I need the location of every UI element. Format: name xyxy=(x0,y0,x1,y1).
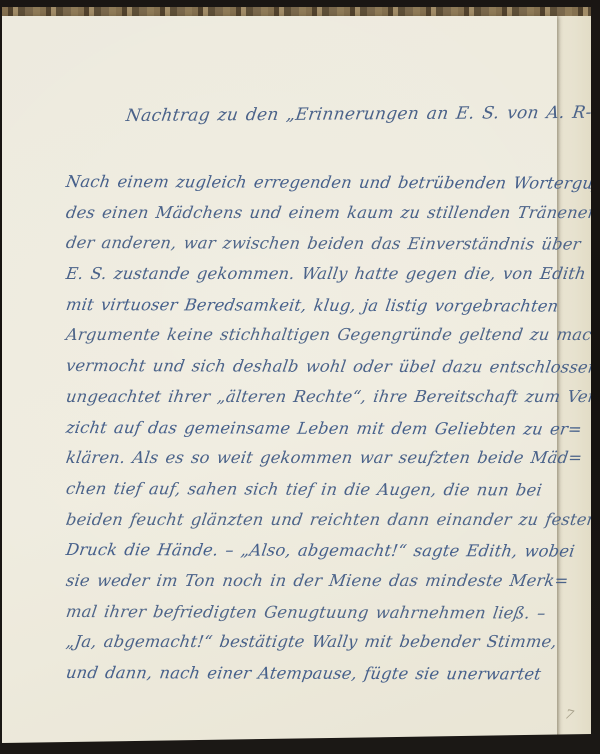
manuscript-line: E. S. zustande gekommen. Wally hatte geg… xyxy=(64,259,600,290)
manuscript-line: „Ja, abgemacht!“ bestätigte Wally mit be… xyxy=(64,627,600,658)
manuscript-line: sie weder im Ton noch in der Miene das m… xyxy=(64,566,600,597)
manuscript-line: chen tief auf, sahen sich tief in die Au… xyxy=(64,474,600,506)
manuscript-line: mal ihrer befriedigten Genugtuung wahrne… xyxy=(64,597,600,629)
manuscript-page: Nachtrag zu den „Erinnerungen an E. S. v… xyxy=(2,16,557,748)
manuscript-line: klären. Als es so weit gekommen war seuf… xyxy=(64,443,600,474)
manuscript-line: beiden feucht glänzten und reichten dann… xyxy=(64,505,600,536)
manuscript-body: Nach einem zugleich erregenden und betrü… xyxy=(66,167,600,689)
manuscript-line: Nach einem zugleich erregenden und betrü… xyxy=(64,167,600,199)
manuscript-line: zicht auf das gemeinsame Leben mit dem G… xyxy=(64,413,600,445)
manuscript-line: mit virtuoser Beredsamkeit, klug, ja lis… xyxy=(64,290,600,322)
photo-background: Nachtrag zu den „Erinnerungen an E. S. v… xyxy=(0,0,600,754)
manuscript-line: und dann, nach einer Atempause, fügte si… xyxy=(64,658,600,690)
manuscript-line: vermocht und sich deshalb wohl oder übel… xyxy=(64,351,600,383)
manuscript-line: der anderen, war zwischen beiden das Ein… xyxy=(64,228,600,260)
manuscript-title: Nachtrag zu den „Erinnerungen an E. S. v… xyxy=(125,103,600,126)
manuscript-page-stack: Nachtrag zu den „Erinnerungen an E. S. v… xyxy=(2,7,591,748)
manuscript-line: Druck die Hände. – „Also, abgemacht!“ sa… xyxy=(64,535,600,567)
manuscript-line: des einen Mädchens und einem kaum zu sti… xyxy=(64,198,600,229)
manuscript-line: ungeachtet ihrer „älteren Rechte“, ihre … xyxy=(64,382,600,413)
manuscript-line: Argumente keine stichhaltigen Gegengründ… xyxy=(64,320,600,351)
book-top-deckle-edge xyxy=(2,7,591,16)
